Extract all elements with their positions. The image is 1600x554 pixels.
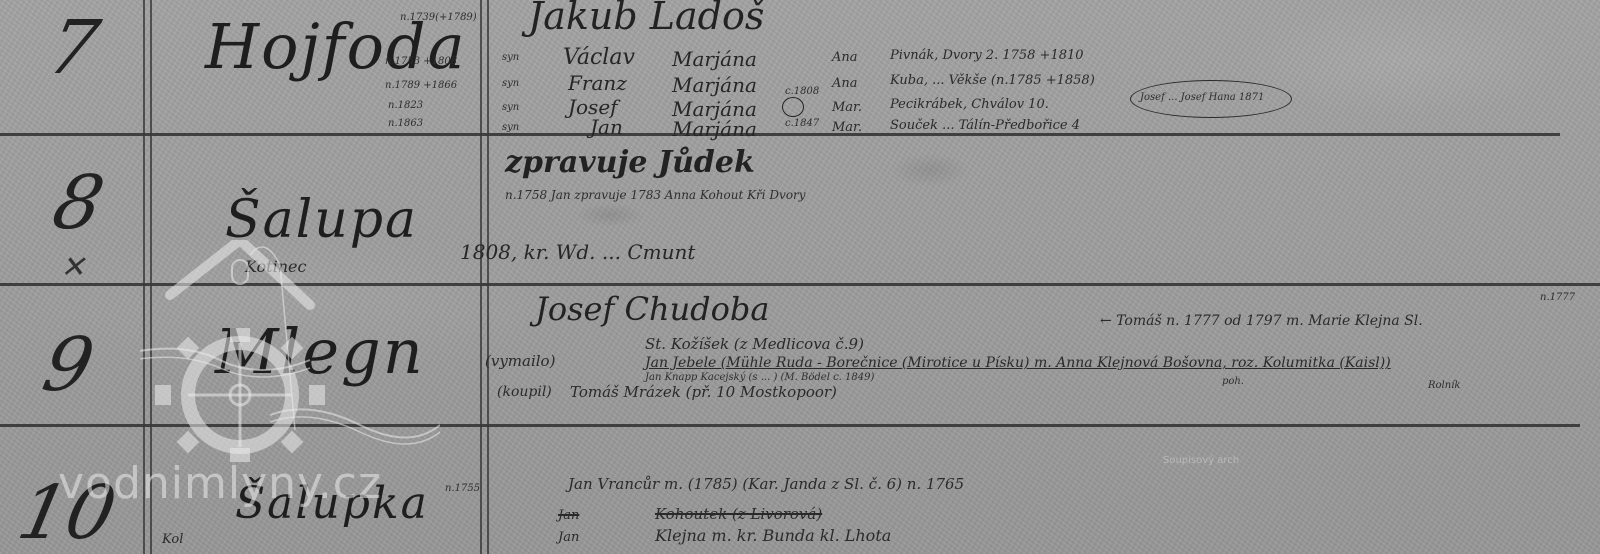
date-note: n.1863 bbox=[388, 118, 423, 129]
date-note: n.1755 bbox=[445, 483, 480, 494]
relation: syn bbox=[502, 78, 519, 89]
entry-number: 9 bbox=[36, 322, 101, 408]
date-note: n.1789 +1866 bbox=[385, 80, 457, 91]
relation: Jan bbox=[558, 508, 579, 523]
owner-first-name: Václav bbox=[563, 45, 635, 70]
row-divider bbox=[0, 424, 1580, 427]
wife-name: Mar. bbox=[832, 120, 862, 135]
wife-origin: Souček ... Tálín-Předbořice 4 bbox=[890, 118, 1080, 133]
wife-name: Mar. bbox=[832, 100, 862, 115]
marriage-date: c.1808 bbox=[785, 86, 819, 97]
side-note: ← Tomáš n. 1777 od 1797 m. Marie Klejna … bbox=[1100, 313, 1423, 329]
header-name: zpravuje Jůdek bbox=[505, 145, 755, 180]
cross-mark: ✕ bbox=[60, 250, 85, 285]
owner-first-name: Franz bbox=[568, 71, 627, 95]
line-prefix: (vymailo) bbox=[485, 352, 555, 370]
house-name: Mlegn bbox=[215, 315, 425, 388]
owner-line: Klejna m. kr. Bunda kl. Lhota bbox=[655, 526, 891, 545]
wife-origin: Kuba, ... Věkše (n.1785 +1858) bbox=[890, 73, 1095, 88]
circled-note-text: Josef ... Josef Hana 1871 bbox=[1140, 92, 1264, 103]
prefix-note: Kol bbox=[162, 532, 183, 547]
column-divider bbox=[487, 0, 489, 554]
header-name: Josef Chudoba bbox=[535, 290, 769, 328]
wife-first-name: Marjána bbox=[672, 73, 757, 97]
wife-origin: Pivnák, Dvory 2. 1758 +1810 bbox=[890, 48, 1084, 63]
owner-first-name: Jan bbox=[590, 115, 623, 139]
entry-number: 7 bbox=[41, 5, 106, 91]
wife-first-name: Marjána bbox=[672, 117, 757, 141]
circled-mark bbox=[782, 97, 804, 117]
relation: syn bbox=[502, 122, 519, 133]
wife-first-name: Marjána bbox=[672, 47, 757, 71]
owner-line: Tomáš Mrázek (př. 10 Mostkopoor) bbox=[570, 383, 837, 401]
house-name: Šalupa bbox=[225, 190, 418, 250]
line-prefix: (koupil) bbox=[497, 384, 552, 400]
row-divider bbox=[0, 283, 1600, 286]
owner-line: Jan Knapp Kacejský (s ... ) (M. Bödel c.… bbox=[645, 372, 874, 383]
watermark-caption: Soupisový arch bbox=[1163, 455, 1239, 466]
under-note: poh. bbox=[1222, 376, 1244, 387]
sub-line: n.1758 Jan zpravuje 1783 Anna Kohout Kři… bbox=[505, 188, 806, 202]
date-note: n.1823 bbox=[388, 100, 423, 111]
date-note: n.1753 +1808 bbox=[385, 56, 457, 67]
owner-line: Jan Jebele (Mühle Ruda - Borečnice (Miro… bbox=[645, 355, 1391, 371]
owner-line: Kohoutek (z Livorová) bbox=[655, 505, 822, 523]
marriage-date: c.1847 bbox=[785, 118, 819, 129]
row-divider bbox=[0, 133, 1560, 136]
wife-name: Ana bbox=[832, 76, 858, 91]
second-line: 1808, kr. Wd. ... Cmunt bbox=[460, 240, 695, 264]
entry-number: 8 bbox=[46, 160, 111, 246]
wife-name: Ana bbox=[832, 50, 858, 65]
side-note-date: n.1777 bbox=[1540, 292, 1575, 303]
house-subtitle: Kotinec bbox=[245, 257, 306, 276]
date-note: n.1739(+1789) bbox=[400, 12, 477, 23]
owner-line: St. Kožíšek (z Medlicova č.9) bbox=[645, 335, 864, 353]
relation: syn bbox=[502, 102, 519, 113]
relation: syn bbox=[502, 52, 519, 63]
header-name: Jan Vrancůr m. (1785) (Kar. Janda z Sl. … bbox=[568, 475, 964, 493]
header-name: Jakub Ladoš bbox=[528, 0, 764, 38]
column-divider bbox=[480, 0, 482, 554]
relation: Jan bbox=[558, 530, 579, 545]
wife-origin: Pecikrábek, Chválov 10. bbox=[890, 97, 1049, 112]
under-note: Rolník bbox=[1428, 380, 1460, 391]
register-page: 7 Hojfoda n.1739(+1789) n.1753 +1808 n.1… bbox=[0, 0, 1600, 554]
watermark-text: vodnimlyny.cz bbox=[58, 458, 382, 509]
